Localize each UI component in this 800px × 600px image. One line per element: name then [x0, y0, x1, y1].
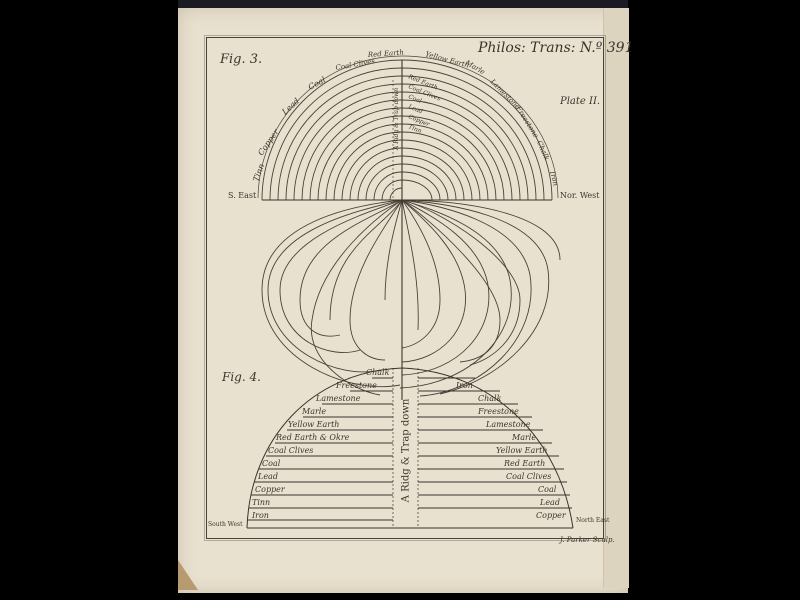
stratum-label: Copper: [536, 511, 566, 520]
stratum-label: Red Earth: [504, 459, 545, 468]
stratum-label: Red Earth & Okre: [276, 433, 349, 442]
fig4-strata-diagram: [0, 0, 800, 600]
stratum-label: Freestone: [478, 407, 519, 416]
stratum-label: Lamestone: [316, 394, 360, 403]
stratum-label: Iron: [456, 381, 473, 390]
fig4-center-label: A Ridg & Trap down: [401, 397, 412, 505]
stratum-label: Lead: [540, 498, 560, 507]
stratum-label: Yellow Earth: [496, 446, 547, 455]
stratum-label: Tinn: [252, 498, 270, 507]
stratum-label: Lead: [258, 472, 278, 481]
stratum-label: Chalk: [366, 368, 389, 377]
stratum-label: Coal Clives: [268, 446, 313, 455]
stratum-label: Chalk: [478, 394, 501, 403]
stratum-label: Freestone: [336, 381, 377, 390]
stratum-label: Coal: [538, 485, 556, 494]
fig4-south-west-label: South West: [208, 521, 243, 528]
stratum-label: Coal: [262, 459, 280, 468]
stratum-label: Coal Clives: [506, 472, 551, 481]
stratum-label: Marle: [302, 407, 326, 416]
stratum-label: Iron: [252, 511, 269, 520]
stratum-label: Yellow Earth: [288, 420, 339, 429]
stratum-label: Marle: [512, 433, 536, 442]
stratum-label: Lamestone: [486, 420, 530, 429]
stratum-label: Copper: [255, 485, 285, 494]
fig4-north-east-label: North East: [576, 517, 609, 524]
